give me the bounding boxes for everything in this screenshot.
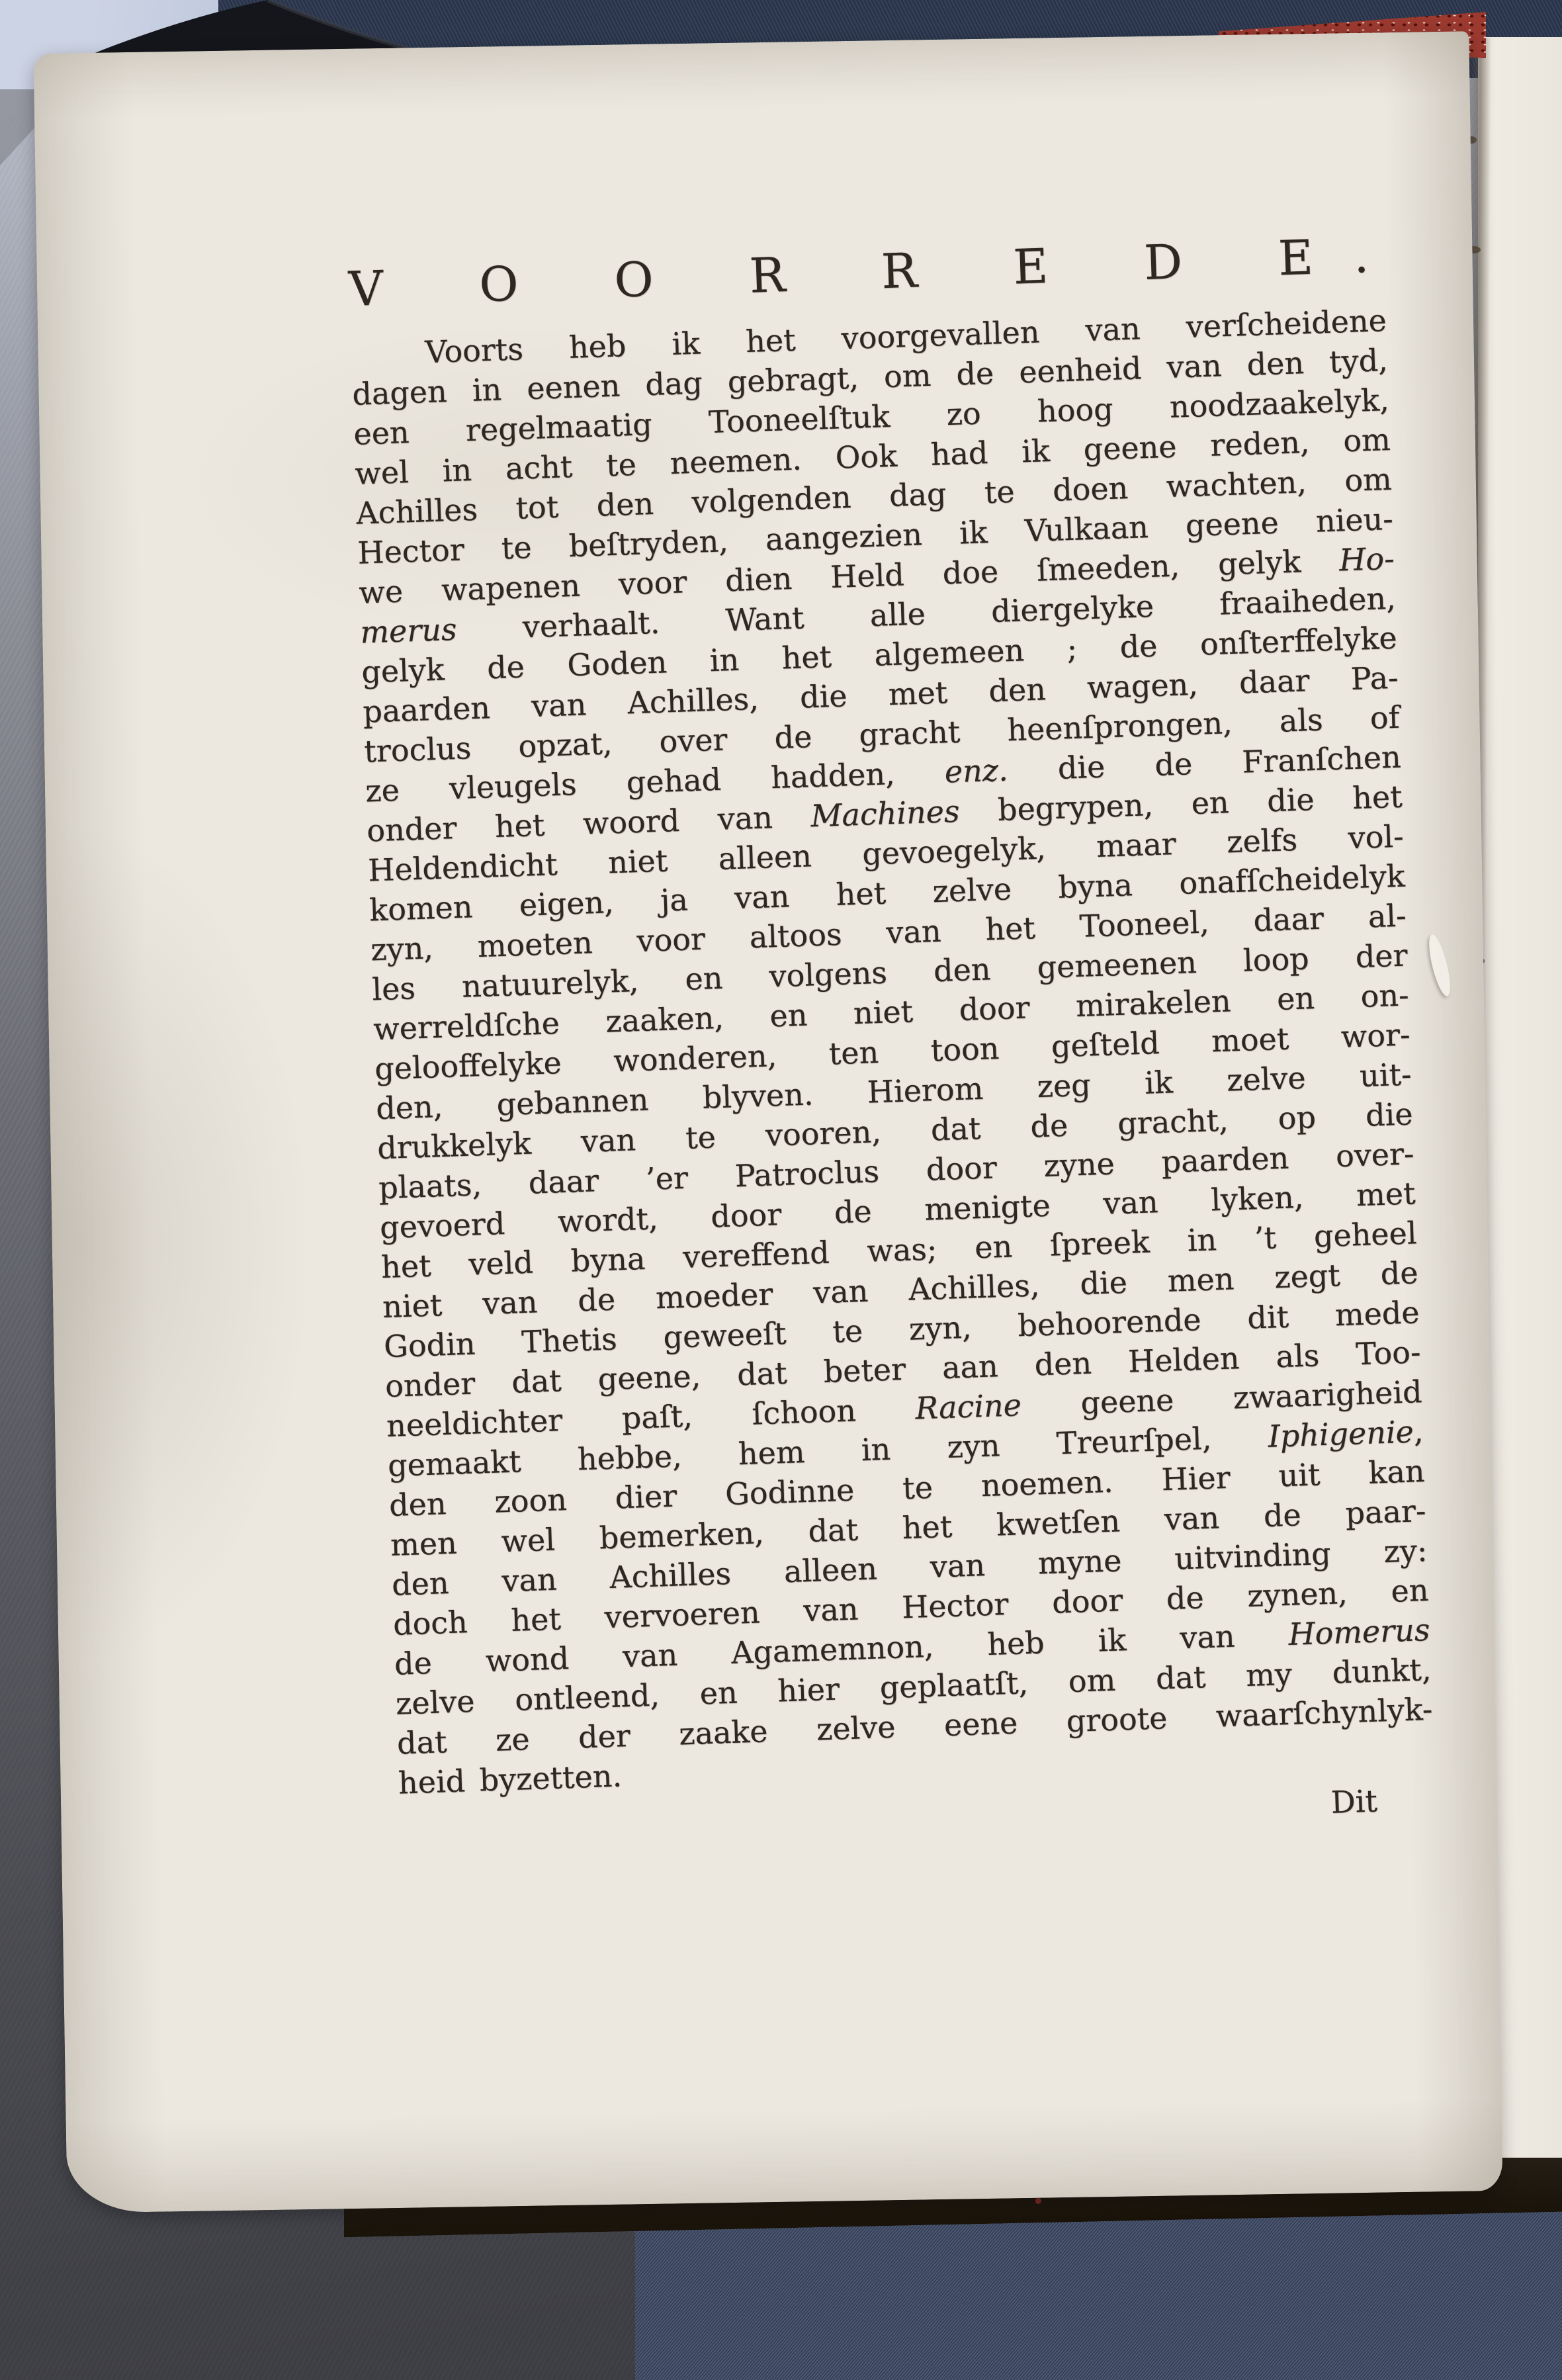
book-photo: V O O R R E D E. Voorts heb ik het voorg… [0, 0, 1562, 2380]
body-text: Voorts heb ik het voorgevallen van verſc… [351, 300, 1435, 1803]
printed-text-block: V O O R R E D E. Voorts heb ik het voorg… [348, 230, 1436, 1853]
